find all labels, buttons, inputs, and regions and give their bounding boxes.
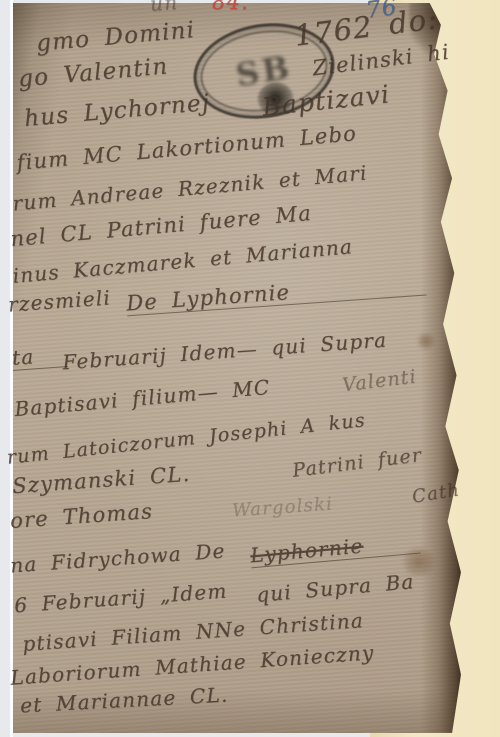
manuscript-line: na Fidrychowa De	[9, 539, 226, 578]
handwriting-layer: un84.76gmo Domini1762 do:go ValentinZiel…	[0, 0, 500, 737]
manuscript-line: ta	[11, 342, 68, 371]
manuscript-line: qui Supra Ba	[255, 569, 415, 607]
manuscript-line: Wargolski	[231, 493, 333, 521]
manuscript-line: Baptisavi filium— MC	[13, 375, 271, 421]
manuscript-line: ore Thomas	[9, 499, 153, 533]
manuscript-line: Cath	[411, 479, 462, 507]
manuscript-line: Szymanski CL.	[11, 462, 191, 498]
manuscript-line: Lyphornie	[249, 529, 421, 569]
manuscript-line: gmo Domini	[35, 17, 196, 57]
manuscript-line: hus Lychornej	[23, 90, 211, 132]
manuscript-line: 84.	[212, 0, 249, 14]
manuscript-scan-viewport: SB un84.76gmo Domini1762 do:go ValentinZ…	[0, 0, 500, 737]
manuscript-line: Februarij Idem— qui Supra	[62, 328, 388, 375]
manuscript-line: 6 Februarij „Idem	[13, 579, 228, 618]
manuscript-line: Patrini fuer	[291, 444, 423, 482]
manuscript-line: go Valentin	[17, 53, 169, 92]
manuscript-line: rzesmieli	[7, 285, 111, 316]
manuscript-line: et Mariannae CL.	[20, 683, 230, 718]
manuscript-line: un	[149, 0, 179, 16]
manuscript-line: Valenti	[341, 366, 418, 397]
manuscript-line: De Lyphornie	[125, 271, 426, 317]
manuscript-line: Baptizavi	[261, 79, 392, 121]
